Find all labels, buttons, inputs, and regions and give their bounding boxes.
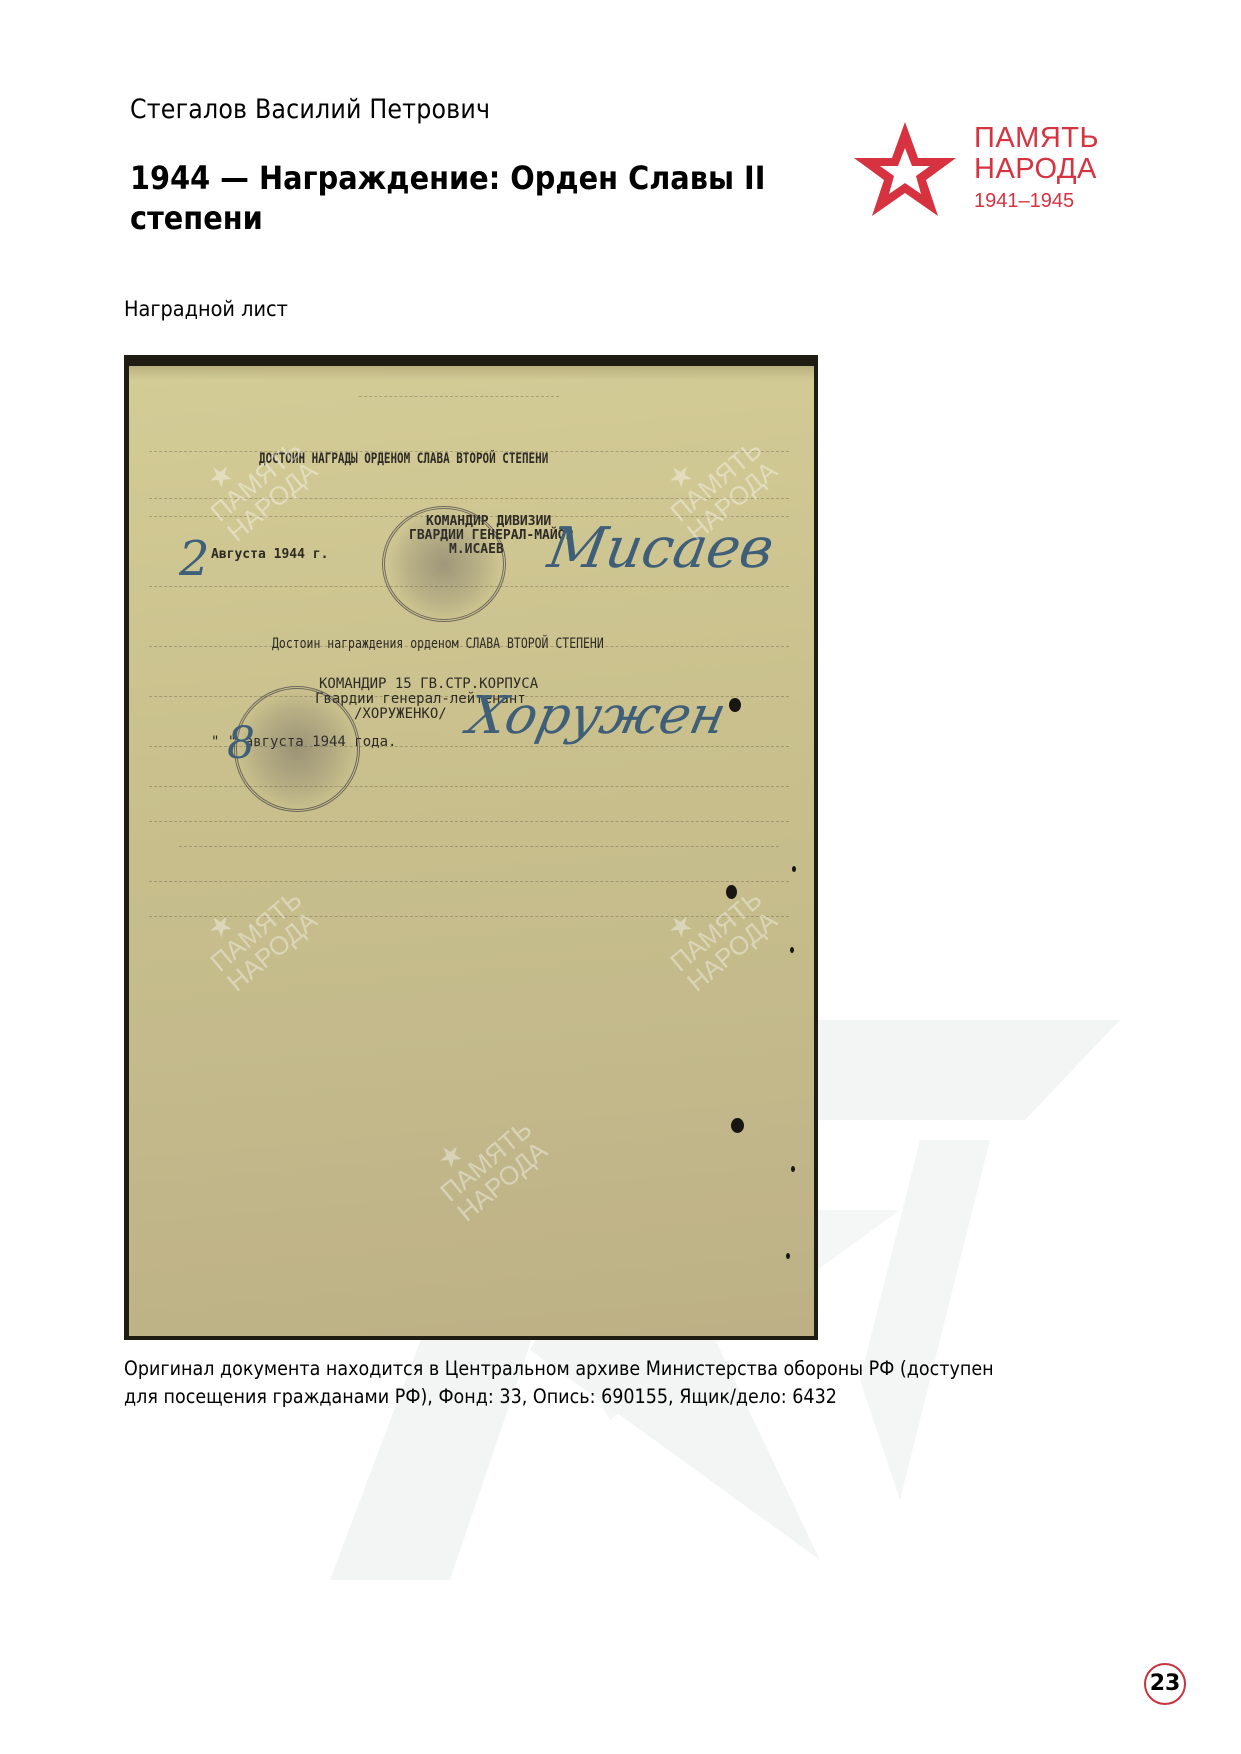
watermark: ★ПАМЯТЬНАРОДА	[189, 416, 323, 546]
pamyat-naroda-logo[interactable]: ПАМЯТЬ НАРОДА 1941–1945	[850, 118, 1120, 218]
logo-years: 1941–1945	[974, 190, 1074, 212]
typed-line: Августа 1944 г.	[211, 547, 328, 562]
punch-hole	[731, 1118, 744, 1133]
scan-paper: ДОСТОИН НАГРАДЫ ОРДЕНОМ СЛАВА ВТОРОЙ СТЕ…	[129, 366, 814, 1336]
typed-line: Достоин награждения орденом СЛАВА ВТОРОЙ…	[272, 636, 604, 652]
archive-caption: Оригинал документа находится в Центральн…	[124, 1355, 1024, 1411]
red-star-icon	[850, 118, 960, 218]
handwritten-day: 8	[227, 718, 255, 769]
logo-line-2: НАРОДА	[974, 154, 1097, 184]
punch-hole	[729, 698, 741, 712]
page-number: 23	[1144, 1663, 1186, 1705]
person-name: Стегалов Василий Петрович	[130, 94, 490, 125]
page-title: 1944 — Награждение: Орден Славы II степе…	[130, 158, 778, 238]
watermark: ★ПАМЯТЬНАРОДА	[419, 1096, 553, 1226]
handwritten-signature: Мисаев	[543, 516, 778, 581]
handwritten-signature: Хоружен	[463, 686, 732, 746]
logo-line-1: ПАМЯТЬ	[974, 123, 1099, 153]
watermark: ★ПАМЯТЬНАРОДА	[189, 866, 323, 996]
typed-line: /ХОРУЖЕНКО/	[354, 706, 447, 722]
section-label: Наградной лист	[124, 297, 288, 321]
award-sheet-scan: ДОСТОИН НАГРАДЫ ОРДЕНОМ СЛАВА ВТОРОЙ СТЕ…	[124, 355, 818, 1340]
handwritten-day: 2	[179, 531, 210, 587]
watermark: ★ПАМЯТЬНАРОДА	[649, 866, 783, 996]
official-stamp	[382, 506, 506, 622]
